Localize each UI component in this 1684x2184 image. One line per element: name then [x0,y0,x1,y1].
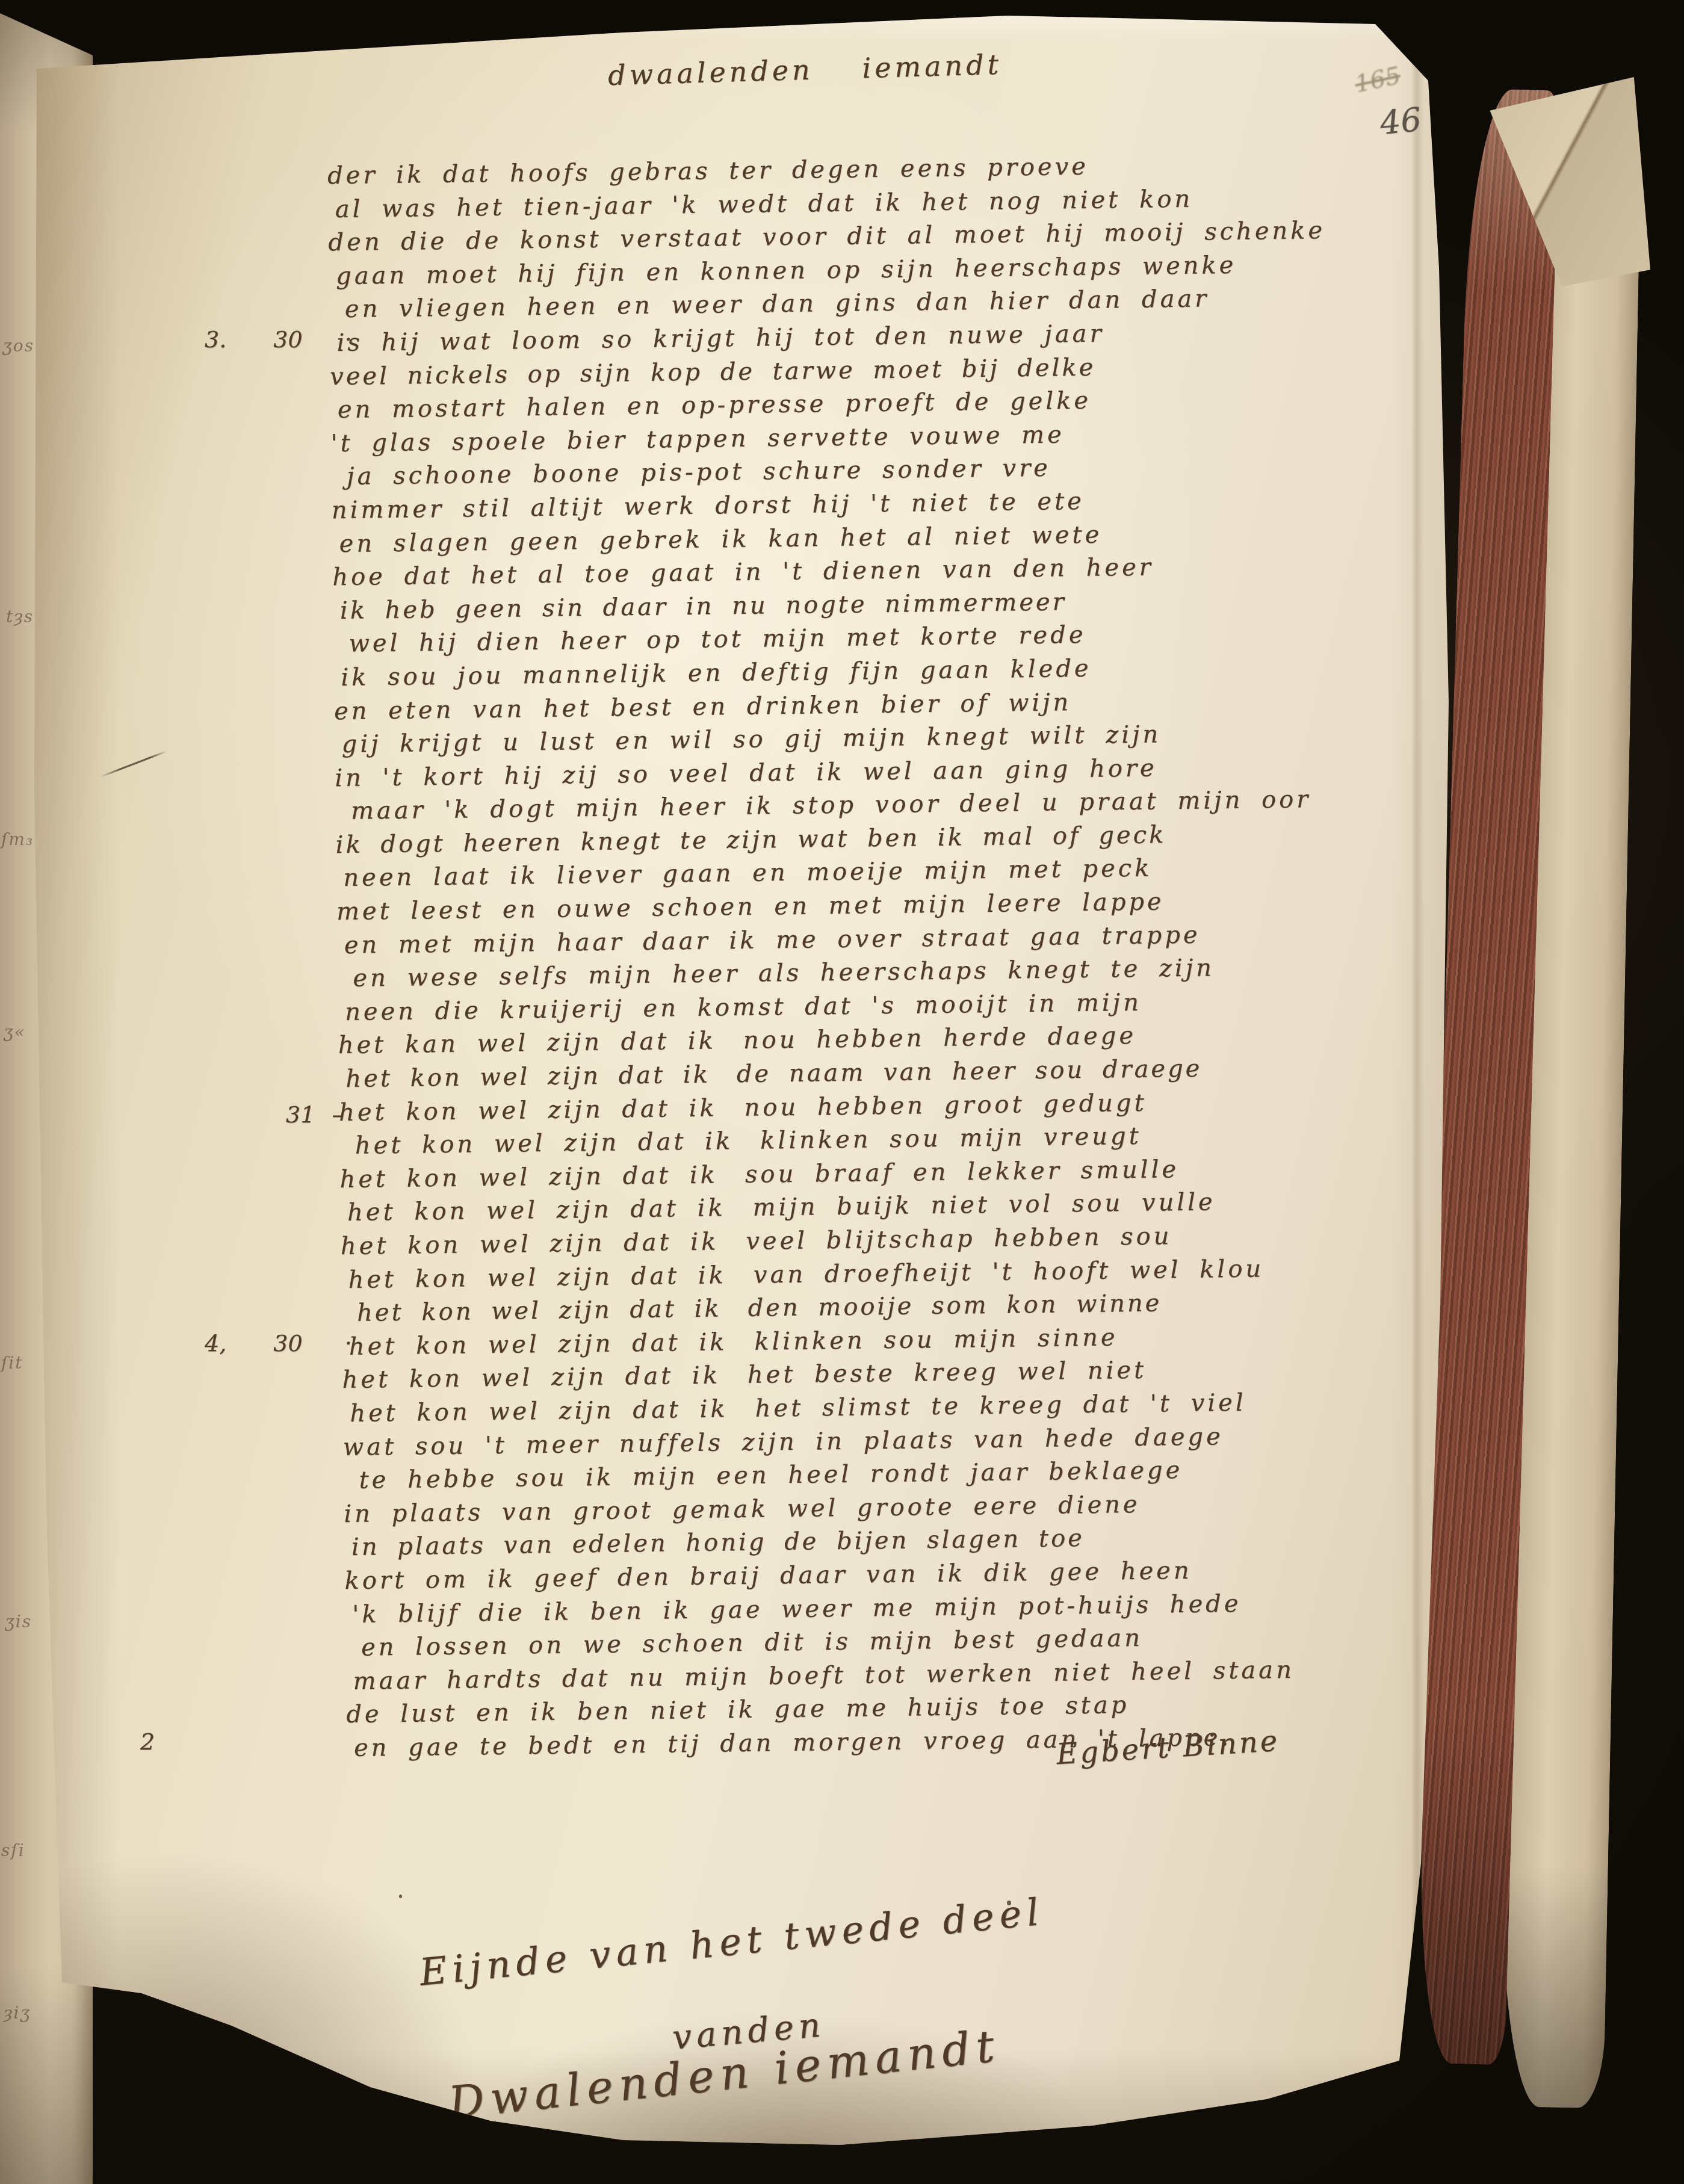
ghost-fragment: sſi [1,1842,25,1860]
ink-speck [1007,1901,1011,1905]
margin-annotation: 31 – [286,1103,343,1127]
folio-number: 46 [1378,103,1423,141]
ghost-fragment: ſit [1,1354,23,1372]
margin-annotation-part: 2 [140,1728,155,1755]
ghost-fragment: ſm₃ [1,831,34,849]
margin-annotation-part: 30 [273,326,302,353]
ghost-fragment: ʒis [5,1613,32,1631]
manuscript-page: dwaalenden iemandt 165 46 3. 30 · 31 – 4… [33,10,1478,2156]
manuscript-photo: { "colors": { "background": "#120e08", "… [0,0,1684,2184]
margin-annotation: 2 [140,1730,155,1754]
margin-annotation-part: 3. [205,326,226,353]
ghost-fragment: tȝs [6,608,34,626]
ghost-fragment: ʒ« [4,1023,26,1041]
body-text-block: der ik dat hoofs gebras ter degen eens p… [327,146,1442,1766]
margin-annotation-part: 4, [205,1330,226,1356]
margin-annotation-part: 31 [286,1101,315,1128]
ghost-fragment: ʒos [2,337,34,355]
margin-annotation-part: 30 [273,1330,302,1356]
margin-annotation: 4, 30 · [205,1331,352,1355]
ink-speck [399,1895,402,1898]
ghost-fragment: ȝiʒ [4,2004,31,2022]
